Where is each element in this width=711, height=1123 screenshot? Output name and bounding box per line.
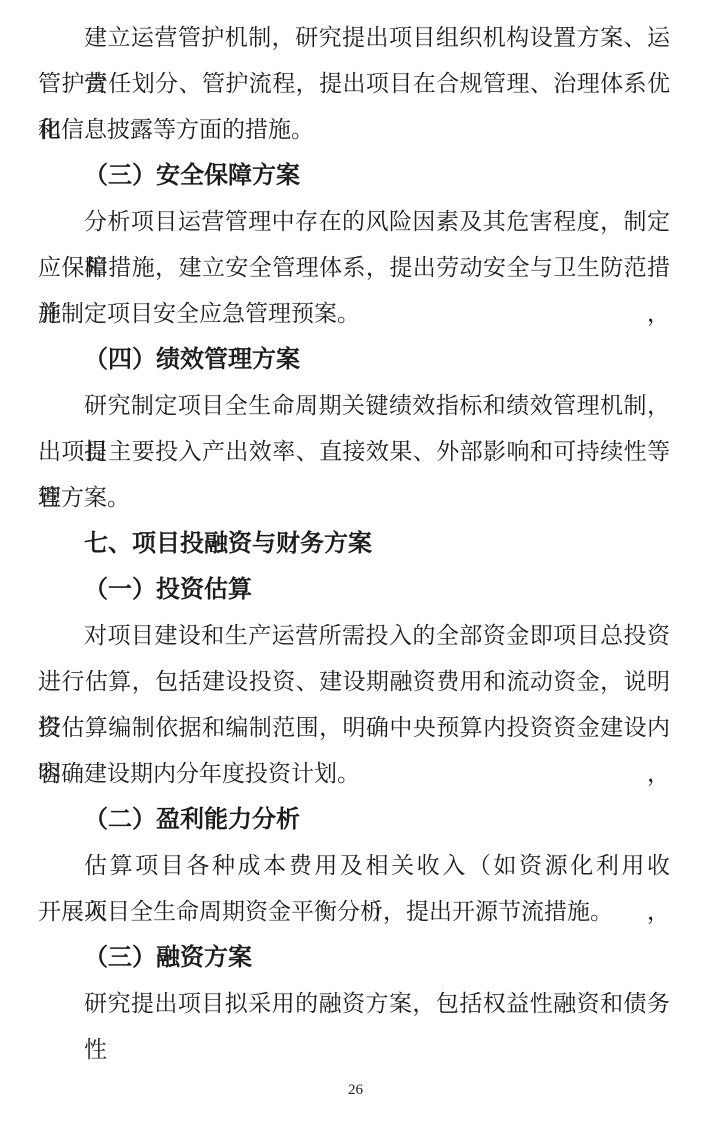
paragraph-line: 建立运营管护机制，研究提出项目组织机构设置方案、运营 xyxy=(38,15,670,61)
page-number: 26 xyxy=(0,1078,711,1102)
paragraph-line: 研究提出项目拟采用的融资方案，包括权益性融资和债务性 xyxy=(38,981,670,1027)
paragraph-line: 分析项目运营管理中存在的风险因素及其危害程度，制定相 xyxy=(38,199,670,245)
document-body: 建立运营管护机制，研究提出项目组织机构设置方案、运营 管护责任划分、管护流程，提… xyxy=(0,0,711,1027)
paragraph-line: 管护责任划分、管护流程，提出项目在合规管理、治理体系优化 xyxy=(38,61,670,107)
paragraph-line: 应保障措施，建立安全管理体系，提出劳动安全与卫生防范措施， xyxy=(38,245,670,291)
paragraph-line: 和信息披露等方面的措施。 xyxy=(38,107,670,153)
paragraph-line: 进行估算，包括建设投资、建设期融资费用和流动资金，说明投 xyxy=(38,659,670,705)
paragraph-line: 研究制定项目全生命周期关键绩效指标和绩效管理机制，提 xyxy=(38,383,670,429)
section-heading-financing-plan: （三）融资方案 xyxy=(38,935,670,981)
section-heading-performance-plan: （四）绩效管理方案 xyxy=(38,337,670,383)
section-heading-safety-plan: （三）安全保障方案 xyxy=(38,153,670,199)
section-heading-investment-estimate: （一）投资估算 xyxy=(38,567,670,613)
chapter-heading-investment-finance: 七、项目投融资与财务方案 xyxy=(38,521,670,567)
section-heading-profitability-analysis: （二）盈利能力分析 xyxy=(38,797,670,843)
paragraph-line: 资估算编制依据和编制范围，明确中央预算内投资资金建设内容， xyxy=(38,705,670,751)
paragraph-line: 估算项目各种成本费用及相关收入（如资源化利用收入）， xyxy=(38,843,670,889)
paragraph-line: 对项目建设和生产运营所需投入的全部资金即项目总投资 xyxy=(38,613,670,659)
paragraph-line: 开展项目全生命周期资金平衡分析，提出开源节流措施。 xyxy=(38,889,670,935)
paragraph-line: 理方案。 xyxy=(38,475,670,521)
paragraph-line: 出项目主要投入产出效率、直接效果、外部影响和可持续性等管 xyxy=(38,429,670,475)
document-page: 建立运营管护机制，研究提出项目组织机构设置方案、运营 管护责任划分、管护流程，提… xyxy=(0,0,711,1123)
